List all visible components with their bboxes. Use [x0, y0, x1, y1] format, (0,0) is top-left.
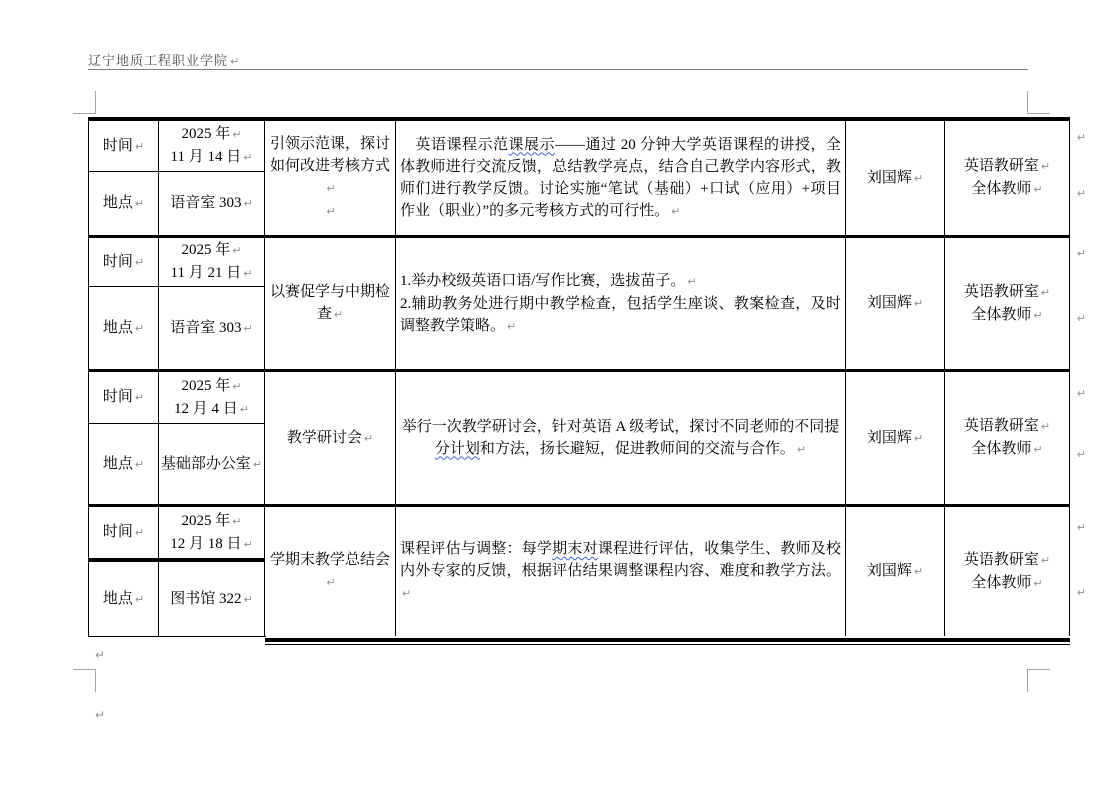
paragraph-mark: ↵ — [326, 576, 335, 589]
row-end-mark: ↵ — [1077, 448, 1086, 461]
paragraph-mark: ↵ — [232, 128, 241, 141]
header-title: 辽宁地质工程职业学院 — [88, 53, 228, 68]
row-end-mark: ↵ — [1077, 586, 1086, 599]
activity-cell[interactable]: 以赛促学与中期检查↵ — [265, 238, 396, 369]
paragraph-mark: ↵ — [135, 458, 144, 471]
crop-mark-top-left — [73, 91, 96, 114]
host-cell[interactable]: 刘国辉↵ — [846, 507, 945, 636]
description-cell[interactable]: 英语课程示范课展示——通过 20 分钟大学英语课程的讲授，全体教师进行交流反馈，… — [396, 121, 846, 235]
activity-cell[interactable]: 教学研讨会↵ — [265, 372, 396, 504]
paragraph-mark: ↵ — [135, 256, 144, 269]
paragraph-mark: ↵ — [244, 538, 253, 551]
time-label-cell[interactable]: 时间↵ — [89, 121, 159, 172]
date-cell[interactable]: 2025 年↵ 11 月 21 日↵ — [159, 238, 265, 287]
paragraph-mark: ↵ — [1033, 309, 1042, 322]
place-label-cell[interactable]: 地点↵ — [89, 562, 159, 636]
paragraph-mark: ↵ — [232, 380, 241, 393]
paragraph-mark: ↵ — [232, 515, 241, 528]
host-cell[interactable]: 刘国辉↵ — [846, 238, 945, 369]
host-cell[interactable]: 刘国辉↵ — [846, 372, 945, 504]
location-cell[interactable]: 语音室 303↵ — [159, 172, 265, 235]
place-label-cell[interactable]: 地点↵ — [89, 287, 159, 369]
paragraph-mark: ↵ — [914, 172, 923, 185]
description-cell[interactable]: 1.举办校级英语口语/写作比赛，选拔苗子。↵2.辅助教务处进行期中教学检查，包括… — [396, 238, 846, 369]
date-cell[interactable]: 2025 年↵ 12 月 4 日↵ — [159, 372, 265, 424]
paragraph-mark: ↵ — [244, 197, 253, 210]
description-cell[interactable]: 课程评估与调整：每学期末对课程进行评估，收集学生、教师及校内外专家的反馈，根据评… — [396, 507, 846, 636]
paragraph-mark: ↵ — [135, 140, 144, 153]
table-row: 时间↵ 2025 年↵ 11 月 21 日↵ 地点↵ 语音室 303↵ 以赛促学… — [89, 238, 1069, 372]
paragraph-mark: ↵ — [402, 587, 411, 600]
paragraph-mark: ↵ — [1041, 554, 1050, 567]
location-cell[interactable]: 语音室 303↵ — [159, 287, 265, 369]
activity-cell[interactable]: 学期末教学总结会↵ — [265, 507, 396, 636]
row-end-mark: ↵ — [1077, 387, 1086, 400]
paragraph-mark: ↵ — [135, 391, 144, 404]
crop-mark-bottom-right — [1027, 669, 1050, 692]
crop-mark-top-right — [1027, 91, 1050, 114]
row-end-mark: ↵ — [1077, 312, 1086, 325]
paragraph-mark: ↵ — [1041, 286, 1050, 299]
row-end-mark: ↵ — [1077, 131, 1086, 144]
participants-cell[interactable]: 英语教研室↵ 全体教师↵ — [945, 121, 1069, 235]
crop-mark-bottom-left — [73, 669, 96, 692]
table-row: 时间↵ 2025 年↵ 11 月 14 日↵ 地点↵ 语音室 303↵ 引领示范… — [89, 121, 1069, 238]
paragraph-mark: ↵ — [914, 432, 923, 445]
row-end-mark: ↵ — [1077, 247, 1086, 260]
participants-cell[interactable]: 英语教研室↵ 全体教师↵ — [945, 238, 1069, 369]
row-end-mark: ↵ — [1077, 521, 1086, 534]
paragraph-mark: ↵ — [1041, 160, 1050, 173]
paragraph-mark: ↵ — [135, 322, 144, 335]
document-page: 辽宁地质工程职业学院↵ 时间↵ 2025 年↵ 11 月 14 日↵ 地点↵ 语… — [0, 0, 1106, 785]
paragraph-mark: ↵ — [135, 526, 144, 539]
paragraph-mark: ↵ — [243, 267, 252, 280]
paragraph-mark: ↵ — [914, 565, 923, 578]
schedule-table: 时间↵ 2025 年↵ 11 月 14 日↵ 地点↵ 语音室 303↵ 引领示范… — [88, 117, 1070, 636]
time-label: 时间 — [103, 138, 133, 154]
paragraph-mark: ↵ — [334, 308, 343, 321]
paragraph-mark: ↵ — [244, 322, 253, 335]
paragraph-mark: ↵ — [687, 275, 696, 288]
activity-cell[interactable]: 引领示范课，探讨如何改进考核方式↵ ↵ — [265, 121, 396, 235]
paragraph-mark: ↵ — [507, 320, 516, 333]
page-header: 辽宁地质工程职业学院↵ — [88, 50, 240, 69]
host-cell[interactable]: 刘国辉↵ — [846, 121, 945, 235]
paragraph-mark: ↵ — [240, 403, 249, 416]
paragraph-mark: ↵ — [135, 197, 144, 210]
location-cell[interactable]: 基础部办公室↵ — [159, 424, 265, 504]
time-label-cell[interactable]: 时间↵ — [89, 507, 159, 562]
participants-cell[interactable]: 英语教研室↵ 全体教师↵ — [945, 507, 1069, 636]
paragraph-mark: ↵ — [1033, 183, 1042, 196]
paragraph-mark: ↵ — [1033, 443, 1042, 456]
table-bottom-thick-border — [265, 638, 1070, 642]
paragraph-mark: ↵ — [364, 432, 373, 445]
paragraph-mark: ↵ — [232, 244, 241, 257]
participants-cell[interactable]: 英语教研室↵ 全体教师↵ — [945, 372, 1069, 504]
paragraph-mark: ↵ — [253, 458, 262, 471]
location-cell[interactable]: 图书馆 322↵ — [159, 562, 265, 636]
paragraph-mark: ↵ — [1041, 420, 1050, 433]
date-cell[interactable]: 2025 年↵ 11 月 14 日↵ — [159, 121, 265, 172]
paragraph-mark: ↵ — [326, 182, 335, 195]
place-label-cell[interactable]: 地点↵ — [89, 172, 159, 235]
description-cell[interactable]: 举行一次教学研讨会，针对英语 A 级考试，探讨不同老师的不同提分计划和方法，扬长… — [396, 372, 846, 504]
table-bottom-thin-border-2 — [265, 644, 1070, 645]
time-label-cell[interactable]: 时间↵ — [89, 372, 159, 424]
paragraph-mark: ↵ — [1033, 577, 1042, 590]
paragraph-mark: ↵ — [326, 205, 335, 218]
place-label: 地点 — [103, 195, 133, 211]
paragraph-mark: ↵ — [244, 593, 253, 606]
paragraph-mark: ↵ — [671, 205, 680, 218]
table-row: 时间↵ 2025 年↵ 12 月 4 日↵ 地点↵ 基础部办公室↵ 教学研讨会↵… — [89, 372, 1069, 507]
paragraph-mark: ↵ — [95, 708, 105, 722]
place-label-cell[interactable]: 地点↵ — [89, 424, 159, 504]
paragraph-mark: ↵ — [95, 648, 105, 662]
row-end-mark: ↵ — [1077, 187, 1086, 200]
paragraph-mark: ↵ — [914, 297, 923, 310]
paragraph-mark: ↵ — [135, 593, 144, 606]
table-bottom-thin-border — [88, 636, 266, 637]
paragraph-mark: ↵ — [230, 55, 240, 68]
paragraph-mark: ↵ — [243, 151, 252, 164]
paragraph-mark: ↵ — [797, 443, 806, 456]
date-cell[interactable]: 2025 年↵ 12 月 18 日↵ — [159, 507, 265, 562]
header-rule — [88, 69, 1028, 70]
table-row: 时间↵ 2025 年↵ 12 月 18 日↵ 地点↵ 图书馆 322↵ 学期末教… — [89, 507, 1069, 636]
time-label-cell[interactable]: 时间↵ — [89, 238, 159, 287]
